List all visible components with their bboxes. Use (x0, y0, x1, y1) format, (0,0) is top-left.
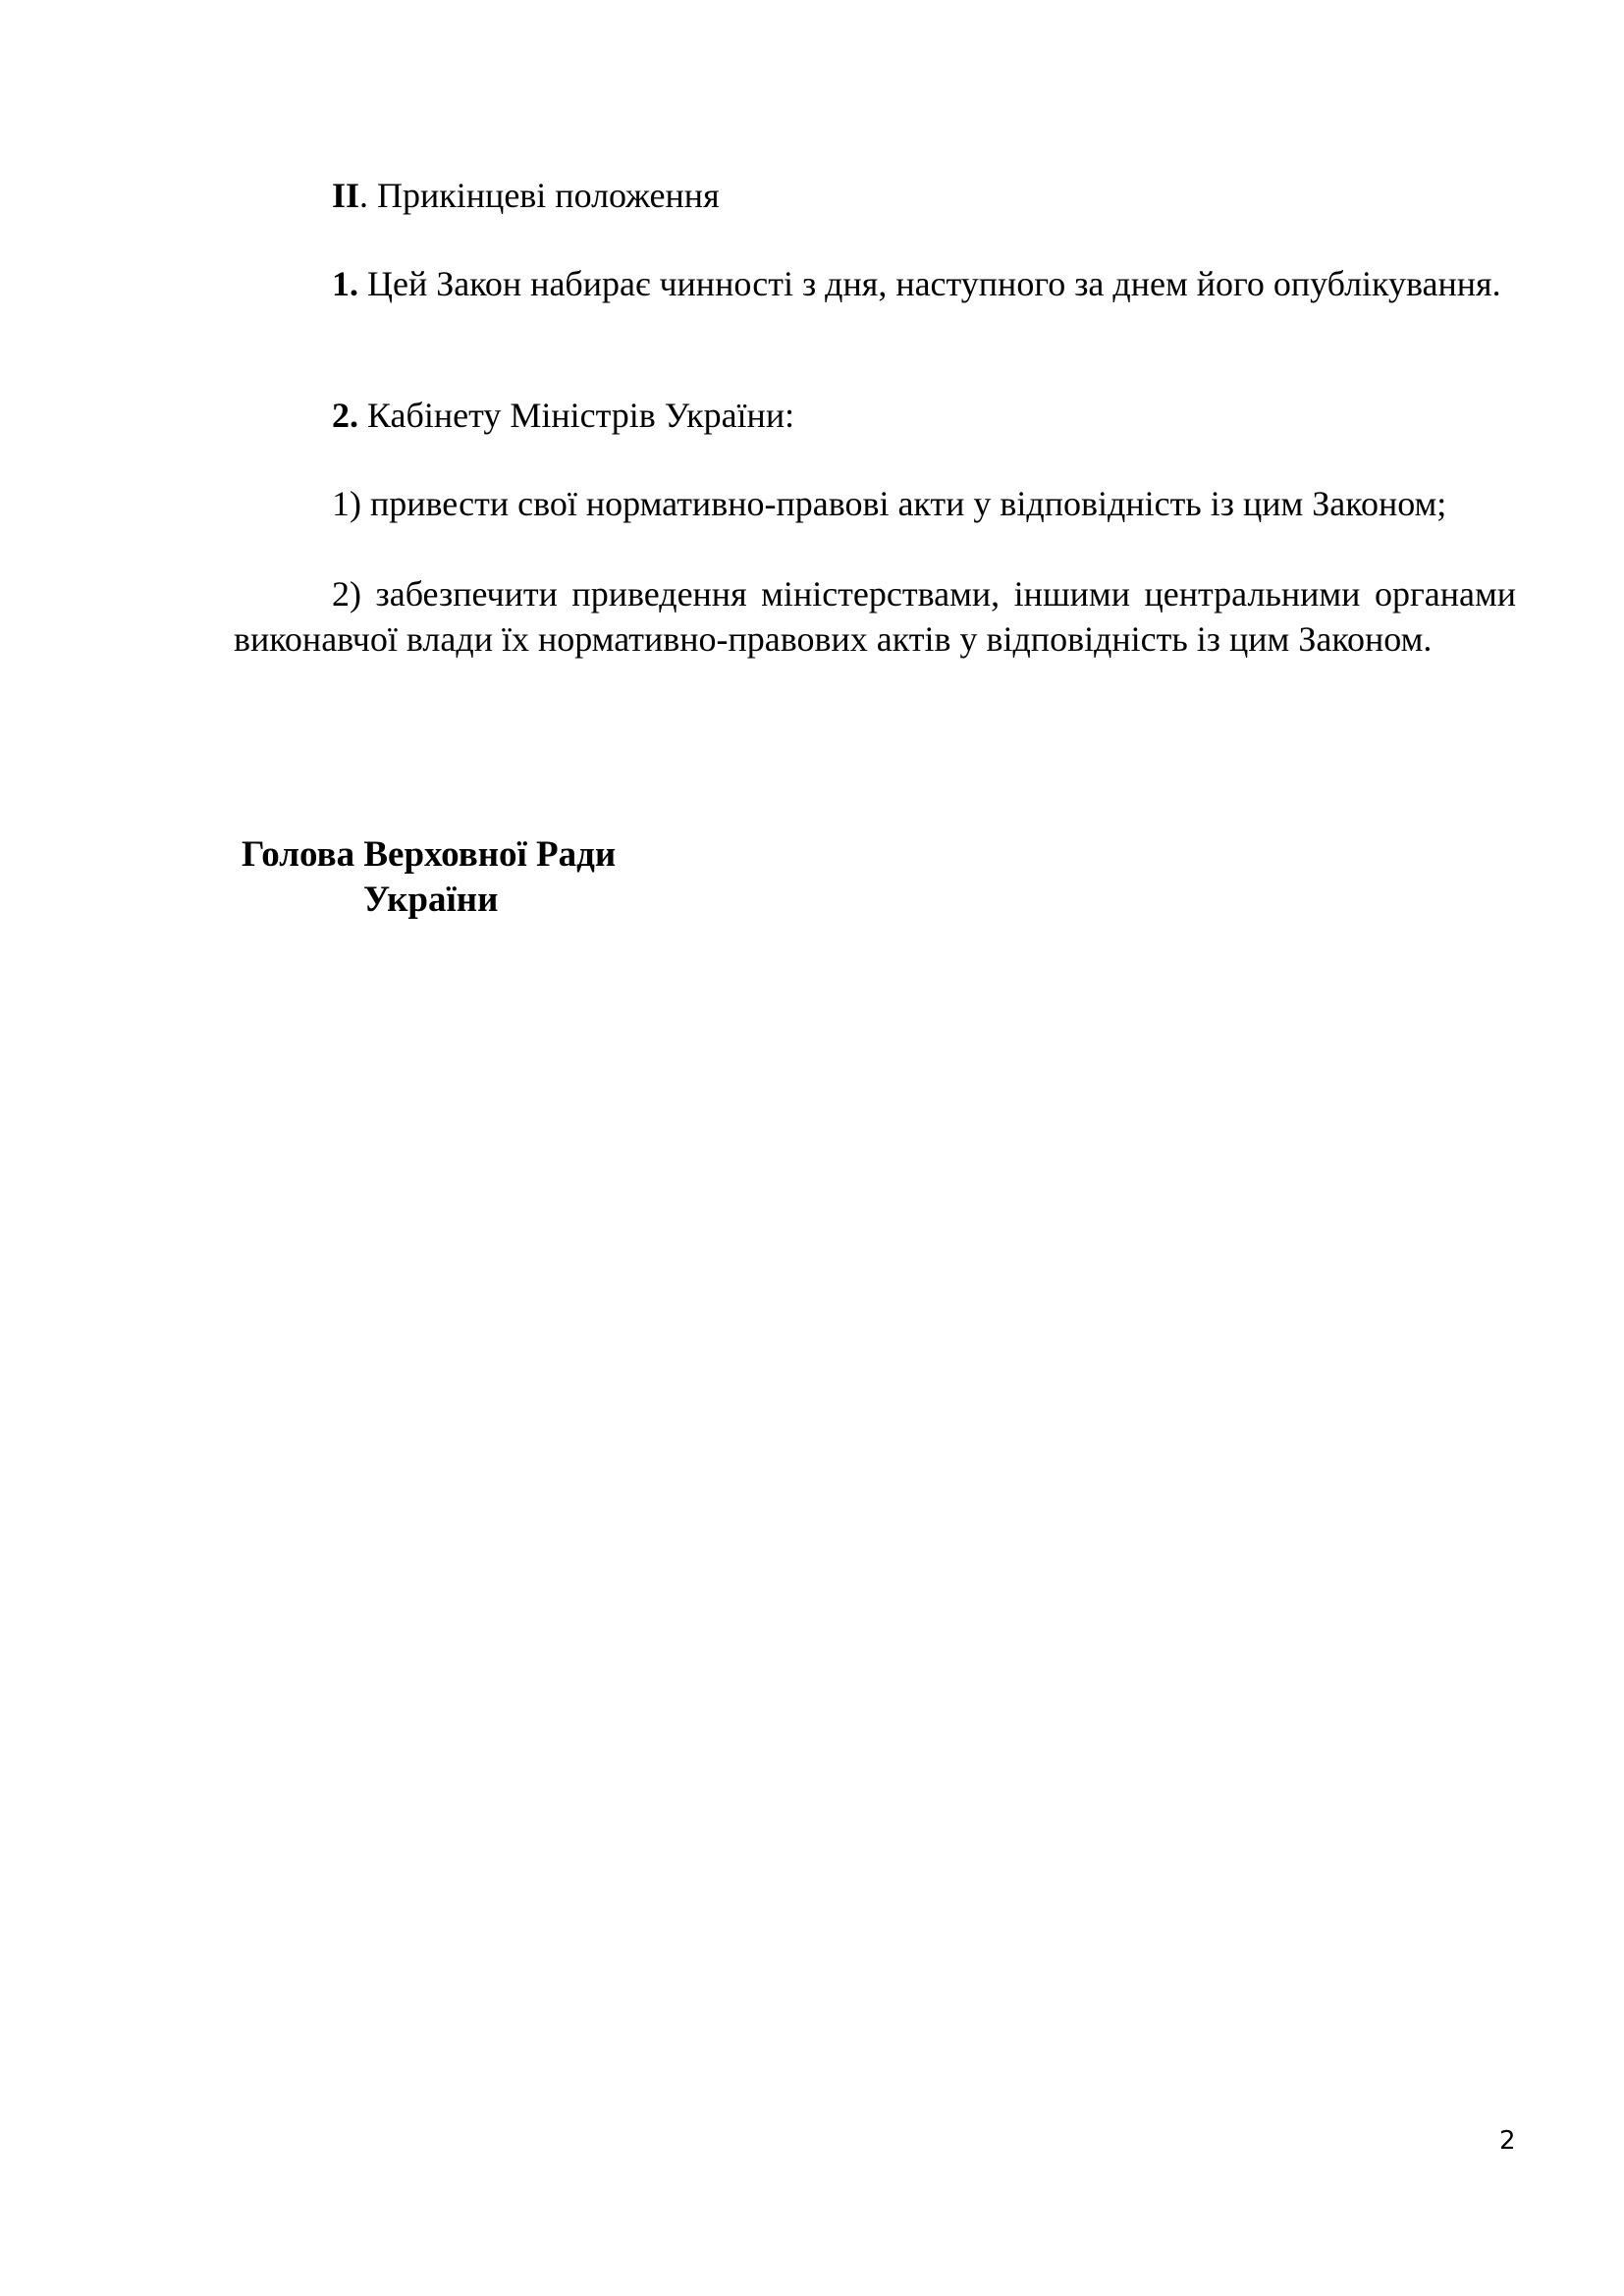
clause-2: 2. Кабінету Міністрів України: (234, 393, 1516, 438)
subitem-2-text: 2) забезпечити приведення міністерствами… (234, 571, 1516, 662)
clause-1-text: Цей Закон набирає чинності з дня, наступ… (358, 264, 1501, 303)
document-page: II. Прикінцеві положення 1. Цей Закон на… (0, 0, 1624, 2296)
subitem-1: 1) привести свої нормативно-правові акти… (234, 481, 1516, 526)
section-title: . Прикінцеві положення (359, 176, 720, 215)
clause-1-number: 1. (332, 264, 358, 303)
clause-2-text: Кабінету Міністрів України: (358, 396, 794, 435)
section-heading: II. Прикінцеві положення (234, 173, 1516, 218)
page-number: 2 (1499, 2126, 1516, 2156)
subitem-2: 2) забезпечити приведення міністерствами… (234, 571, 1516, 662)
clause-1: 1. Цей Закон набирає чинності з дня, нас… (234, 261, 1516, 306)
signature-line-2: України (242, 878, 616, 923)
subitem-1-text: 1) привести свої нормативно-правові акти… (234, 481, 1516, 526)
signature-line-1: Голова Верховної Ради (242, 832, 616, 878)
signature-block: Голова Верховної Ради України (242, 832, 616, 923)
clause-2-number: 2. (332, 396, 358, 435)
section-number: II (332, 176, 359, 215)
